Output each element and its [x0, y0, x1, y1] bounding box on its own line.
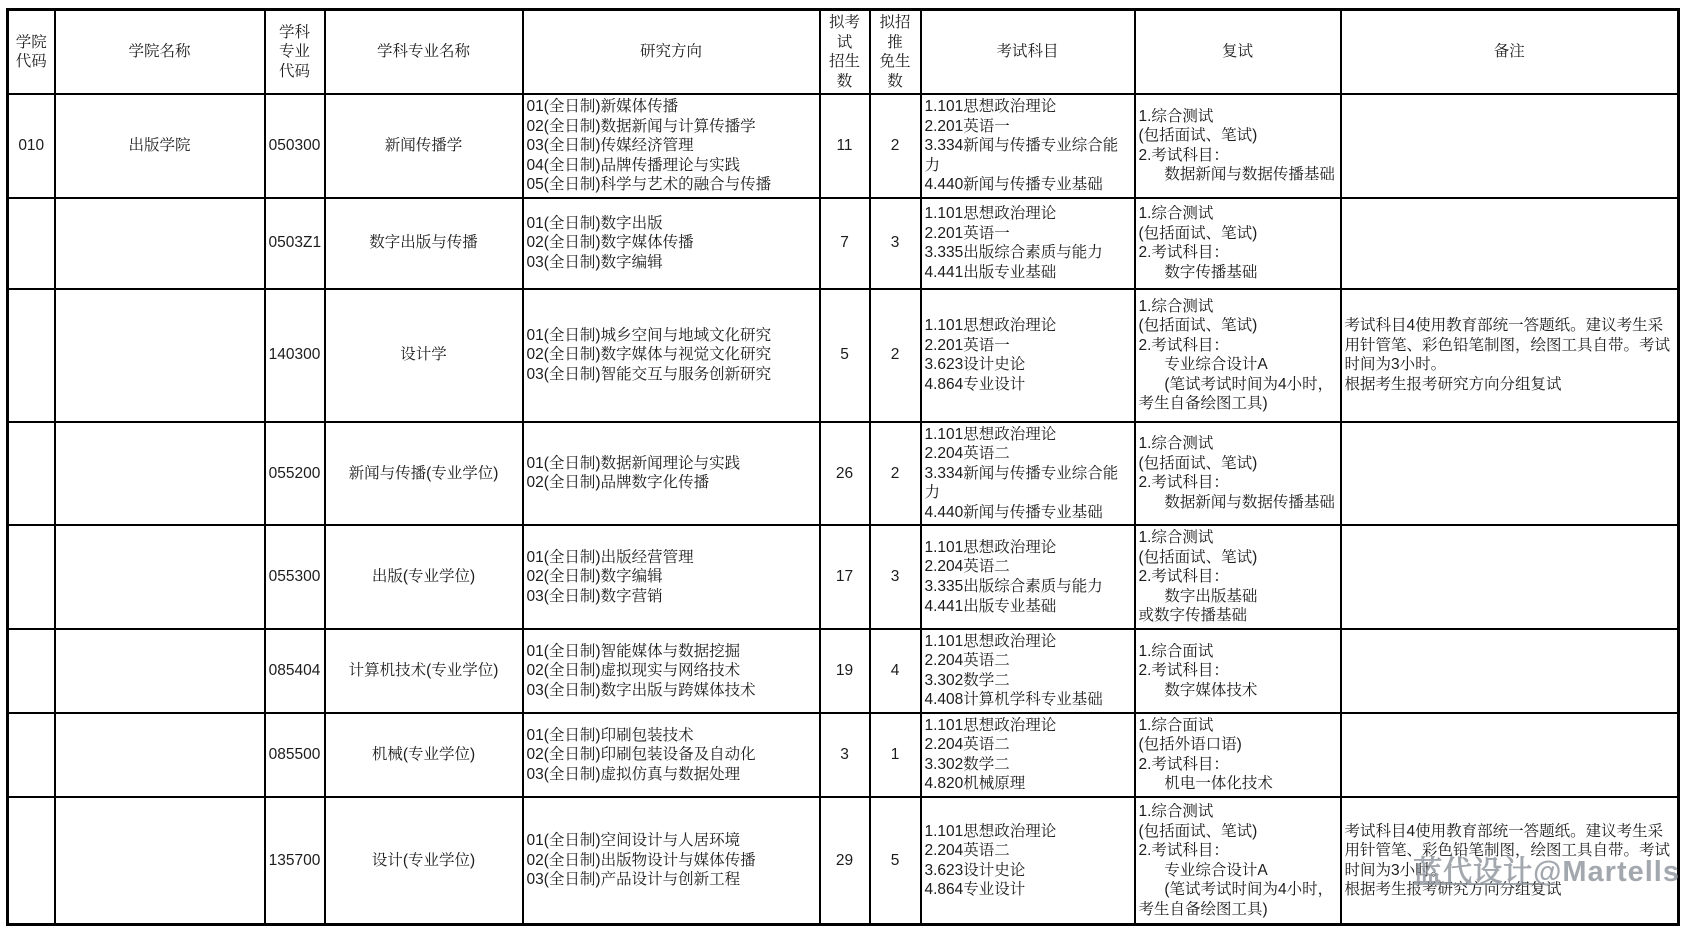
- table-row: 0503Z1 数字出版与传播 01(全日制)数字出版 02(全日制)数字媒体传播…: [8, 198, 1679, 289]
- cell-remarks: [1341, 713, 1679, 797]
- cell-college-code: [8, 713, 55, 797]
- cell-major-name: 计算机技术(专业学位): [325, 629, 523, 713]
- header-retest: 复试: [1135, 10, 1341, 95]
- header-remarks: 备注: [1341, 10, 1679, 95]
- header-college-name: 学院名称: [55, 10, 265, 95]
- cell-exam-subjects: 1.101思想政治理论 2.204英语二 3.623设计史论 4.864专业设计: [921, 797, 1135, 925]
- cell-exam-enrollment: 19: [820, 629, 870, 713]
- cell-college-code: [8, 422, 55, 526]
- cell-retest: 1.综合测试 (包括面试、笔试) 2.考试科目： 数据新闻与数据传播基础: [1135, 94, 1341, 198]
- cell-major-code: 140300: [265, 289, 325, 422]
- cell-remarks: [1341, 525, 1679, 629]
- cell-major-code: 0503Z1: [265, 198, 325, 289]
- cell-college-code: [8, 289, 55, 422]
- table-row: 140300 设计学 01(全日制)城乡空间与地域文化研究 02(全日制)数字媒…: [8, 289, 1679, 422]
- cell-exempt-enrollment: 2: [870, 94, 921, 198]
- header-exam-enrollment: 拟考试 招生数: [820, 10, 870, 95]
- cell-college-name: [55, 422, 265, 526]
- cell-research-directions: 01(全日制)城乡空间与地域文化研究 02(全日制)数字媒体与视觉文化研究 03…: [523, 289, 820, 422]
- cell-exam-enrollment: 5: [820, 289, 870, 422]
- cell-college-name: [55, 289, 265, 422]
- cell-college-name: [55, 797, 265, 925]
- cell-exam-enrollment: 3: [820, 713, 870, 797]
- cell-retest: 1.综合测试 (包括面试、笔试) 2.考试科目： 专业综合设计A (笔试考试时间…: [1135, 289, 1341, 422]
- cell-major-name: 出版(专业学位): [325, 525, 523, 629]
- cell-exam-subjects: 1.101思想政治理论 2.201英语一 3.335出版综合素质与能力 4.44…: [921, 198, 1135, 289]
- cell-exempt-enrollment: 2: [870, 422, 921, 526]
- cell-retest: 1.综合测试 (包括面试、笔试) 2.考试科目： 数字传播基础: [1135, 198, 1341, 289]
- cell-major-name: 设计(专业学位): [325, 797, 523, 925]
- cell-exempt-enrollment: 4: [870, 629, 921, 713]
- header-research-directions: 研究方向: [523, 10, 820, 95]
- cell-exempt-enrollment: 3: [870, 525, 921, 629]
- cell-retest: 1.综合测试 (包括面试、笔试) 2.考试科目： 专业综合设计A (笔试考试时间…: [1135, 797, 1341, 925]
- cell-major-code: 135700: [265, 797, 325, 925]
- cell-research-directions: 01(全日制)空间设计与人居环境 02(全日制)出版物设计与媒体传播 03(全日…: [523, 797, 820, 925]
- cell-exam-enrollment: 7: [820, 198, 870, 289]
- cell-research-directions: 01(全日制)智能媒体与数据挖掘 02(全日制)虚拟现实与网络技术 03(全日制…: [523, 629, 820, 713]
- cell-major-code: 085404: [265, 629, 325, 713]
- cell-retest: 1.综合面试 2.考试科目： 数字媒体技术: [1135, 629, 1341, 713]
- cell-major-name: 新闻传播学: [325, 94, 523, 198]
- cell-remarks: [1341, 422, 1679, 526]
- cell-retest: 1.综合测试 (包括面试、笔试) 2.考试科目： 数据新闻与数据传播基础: [1135, 422, 1341, 526]
- cell-exempt-enrollment: 3: [870, 198, 921, 289]
- table-row: 085500 机械(专业学位) 01(全日制)印刷包装技术 02(全日制)印刷包…: [8, 713, 1679, 797]
- header-exam-subjects: 考试科目: [921, 10, 1135, 95]
- table-row: 055300 出版(专业学位) 01(全日制)出版经营管理 02(全日制)数字编…: [8, 525, 1679, 629]
- header-row: 学院 代码 学院名称 学科 专业 代码 学科专业名称 研究方向 拟考试 招生数 …: [8, 10, 1679, 95]
- cell-college-name: [55, 198, 265, 289]
- cell-exempt-enrollment: 1: [870, 713, 921, 797]
- table-row: 085404 计算机技术(专业学位) 01(全日制)智能媒体与数据挖掘 02(全…: [8, 629, 1679, 713]
- cell-major-code: 085500: [265, 713, 325, 797]
- cell-research-directions: 01(全日制)新媒体传播 02(全日制)数据新闻与计算传播学 03(全日制)传媒…: [523, 94, 820, 198]
- cell-research-directions: 01(全日制)出版经营管理 02(全日制)数字编辑 03(全日制)数字营销: [523, 525, 820, 629]
- header-college-code: 学院 代码: [8, 10, 55, 95]
- header-major-code: 学科 专业 代码: [265, 10, 325, 95]
- cell-major-code: 055200: [265, 422, 325, 526]
- cell-exam-enrollment: 11: [820, 94, 870, 198]
- cell-remarks: 考试科目4使用教育部统一答题纸。建议考生采用针管笔、彩色铅笔制图，绘图工具自带。…: [1341, 797, 1679, 925]
- cell-college-name: 出版学院: [55, 94, 265, 198]
- cell-college-code: 010: [8, 94, 55, 198]
- page: 学院 代码 学院名称 学科 专业 代码 学科专业名称 研究方向 拟考试 招生数 …: [0, 8, 1683, 945]
- cell-exam-subjects: 1.101思想政治理论 2.204英语二 3.334新闻与传播专业综合能力 4.…: [921, 422, 1135, 526]
- cell-remarks: 考试科目4使用教育部统一答题纸。建议考生采用针管笔、彩色铅笔制图，绘图工具自带。…: [1341, 289, 1679, 422]
- cell-remarks: [1341, 94, 1679, 198]
- cell-exam-enrollment: 29: [820, 797, 870, 925]
- cell-remarks: [1341, 629, 1679, 713]
- table-row: 135700 设计(专业学位) 01(全日制)空间设计与人居环境 02(全日制)…: [8, 797, 1679, 925]
- cell-exam-subjects: 1.101思想政治理论 2.204英语二 3.335出版综合素质与能力 4.44…: [921, 525, 1135, 629]
- cell-major-name: 机械(专业学位): [325, 713, 523, 797]
- cell-college-name: [55, 713, 265, 797]
- cell-exam-subjects: 1.101思想政治理论 2.204英语二 3.302数学二 4.820机械原理: [921, 713, 1135, 797]
- cell-major-name: 数字出版与传播: [325, 198, 523, 289]
- cell-major-code: 055300: [265, 525, 325, 629]
- cell-exam-subjects: 1.101思想政治理论 2.201英语一 3.334新闻与传播专业综合能力 4.…: [921, 94, 1135, 198]
- cell-exam-subjects: 1.101思想政治理论 2.204英语二 3.302数学二 4.408计算机学科…: [921, 629, 1135, 713]
- header-major-name: 学科专业名称: [325, 10, 523, 95]
- cell-college-name: [55, 525, 265, 629]
- cell-college-code: [8, 525, 55, 629]
- cell-retest: 1.综合面试 (包括外语口语) 2.考试科目： 机电一体化技术: [1135, 713, 1341, 797]
- cell-exempt-enrollment: 5: [870, 797, 921, 925]
- cell-exam-enrollment: 26: [820, 422, 870, 526]
- cell-research-directions: 01(全日制)数字出版 02(全日制)数字媒体传播 03(全日制)数字编辑: [523, 198, 820, 289]
- cell-college-name: [55, 629, 265, 713]
- cell-major-code: 050300: [265, 94, 325, 198]
- cell-major-name: 设计学: [325, 289, 523, 422]
- cell-major-name: 新闻与传播(专业学位): [325, 422, 523, 526]
- cell-college-code: [8, 629, 55, 713]
- cell-college-code: [8, 198, 55, 289]
- cell-research-directions: 01(全日制)数据新闻理论与实践 02(全日制)品牌数字化传播: [523, 422, 820, 526]
- admissions-table: 学院 代码 学院名称 学科 专业 代码 学科专业名称 研究方向 拟考试 招生数 …: [6, 8, 1680, 926]
- cell-remarks: [1341, 198, 1679, 289]
- cell-retest: 1.综合测试 (包括面试、笔试) 2.考试科目： 数字出版基础 或数字传播基础: [1135, 525, 1341, 629]
- cell-exam-enrollment: 17: [820, 525, 870, 629]
- table-row: 010 出版学院 050300 新闻传播学 01(全日制)新媒体传播 02(全日…: [8, 94, 1679, 198]
- header-exempt-enrollment: 拟招推 免生数: [870, 10, 921, 95]
- cell-college-code: [8, 797, 55, 925]
- table-row: 055200 新闻与传播(专业学位) 01(全日制)数据新闻理论与实践 02(全…: [8, 422, 1679, 526]
- cell-exempt-enrollment: 2: [870, 289, 921, 422]
- cell-research-directions: 01(全日制)印刷包装技术 02(全日制)印刷包装设备及自动化 03(全日制)虚…: [523, 713, 820, 797]
- cell-exam-subjects: 1.101思想政治理论 2.201英语一 3.623设计史论 4.864专业设计: [921, 289, 1135, 422]
